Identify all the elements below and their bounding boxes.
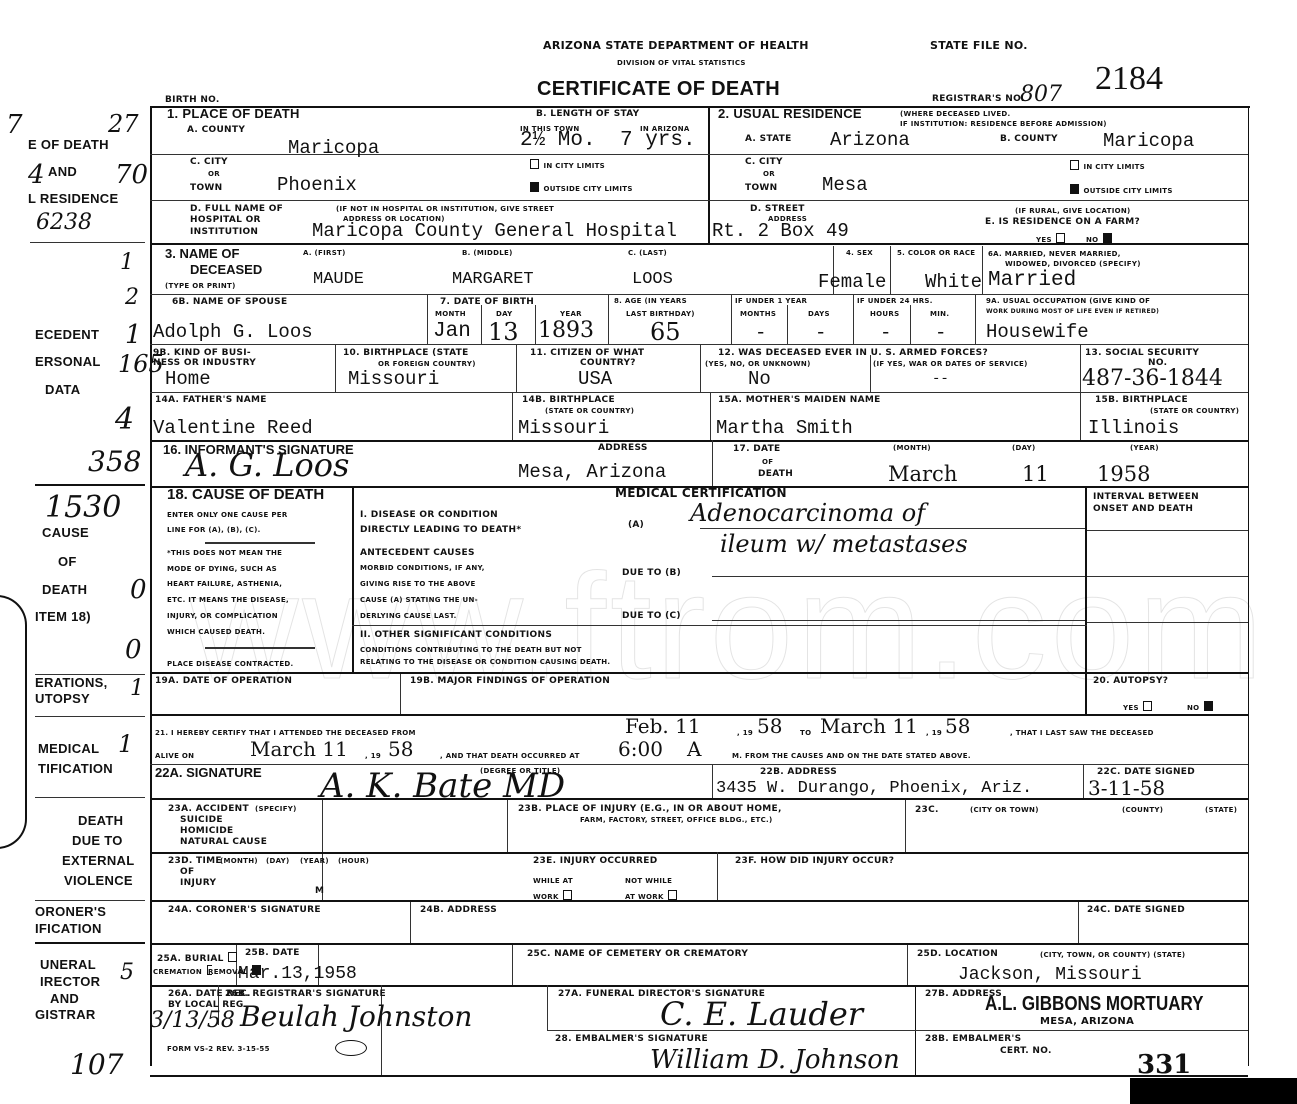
dob-label: 7. DATE OF BIRTH bbox=[440, 297, 534, 307]
hours-value: - bbox=[880, 323, 891, 343]
dod-label: DEATH bbox=[758, 469, 793, 479]
registrar-signature-label: 26B. REGISTRAR'S SIGNATURE bbox=[225, 989, 386, 999]
informant-address-value: Mesa, Arizona bbox=[518, 462, 666, 482]
margin-code: 1 bbox=[120, 250, 134, 275]
accident-label: SUICIDE bbox=[180, 815, 223, 825]
injury-time-label: INJURY bbox=[180, 878, 216, 888]
while-at-work-checkbox[interactable]: WORK bbox=[533, 886, 572, 904]
marital-label: WIDOWED, DIVORCED (SPECIFY) bbox=[1005, 260, 1141, 268]
margin-label: EXTERNAL bbox=[62, 856, 134, 866]
dod-month-label: (MONTH) bbox=[893, 444, 931, 452]
part2-sublabel: RELATING TO THE DISEASE OR CONDITION CAU… bbox=[360, 658, 610, 666]
checkbox-checked-icon bbox=[1070, 184, 1079, 194]
cause-title: 18. CAUSE OF DEATH bbox=[167, 488, 324, 502]
attended-to-year: 58 bbox=[945, 714, 970, 738]
margin-code: 358 bbox=[88, 445, 141, 478]
checkbox-icon bbox=[668, 890, 677, 900]
checkbox-label: WORK bbox=[533, 893, 559, 901]
checkbox-label: NO bbox=[1187, 704, 1199, 712]
margin-code: 107 bbox=[70, 1048, 123, 1081]
antecedent-label: GIVING RISE TO THE ABOVE bbox=[360, 580, 476, 588]
margin-label: DUE TO bbox=[72, 836, 123, 846]
armed-forces-label: 12. WAS DECEASED EVER IN U. S. ARMED FOR… bbox=[718, 348, 988, 358]
length-of-stay-label: B. LENGTH OF STAY bbox=[536, 109, 639, 119]
dob-year-label: YEAR bbox=[560, 310, 582, 318]
attended-from-year: 58 bbox=[757, 714, 782, 738]
physician-address-value: 3435 W. Durango, Phoenix, Ariz. bbox=[716, 779, 1032, 799]
cause-instruction: INJURY, OR COMPLICATION bbox=[167, 612, 278, 620]
cemetery-label: 25C. NAME OF CEMETERY OR CREMATORY bbox=[527, 949, 748, 959]
cert-text: , 19 bbox=[737, 729, 753, 737]
injury-place-label: FARM, FACTORY, STREET, OFFICE BLDG., ETC… bbox=[580, 816, 773, 824]
min-label: MIN. bbox=[930, 310, 949, 318]
attended-from-date: Feb. 11 bbox=[625, 714, 701, 738]
cause-a-label: (A) bbox=[628, 520, 644, 530]
margin-label: AND bbox=[50, 994, 79, 1004]
checkbox-label: OUTSIDE CITY LIMITS bbox=[543, 185, 632, 193]
injury-city-label: (CITY OR TOWN) bbox=[970, 806, 1039, 814]
mother-birthplace-label: 15B. BIRTHPLACE bbox=[1095, 395, 1188, 405]
cremation-checkbox[interactable]: CREMATION bbox=[153, 961, 212, 979]
margin-label: ERSONAL bbox=[35, 357, 101, 367]
checkbox-label: IN CITY LIMITS bbox=[543, 162, 605, 170]
state-file-no: 2184 bbox=[1095, 60, 1163, 98]
father-birthplace-label: (STATE OR COUNTRY) bbox=[545, 407, 634, 415]
name-label: DECEASED bbox=[190, 263, 262, 277]
residence-street-value: Rt. 2 Box 49 bbox=[712, 221, 849, 241]
cause-instruction: PLACE DISEASE CONTRACTED. bbox=[167, 660, 293, 668]
birthplace-label: OR FOREIGN COUNTRY) bbox=[378, 360, 476, 368]
medical-certification-label: MEDICAL CERTIFICATION bbox=[615, 488, 787, 498]
months-label: MONTHS bbox=[740, 310, 776, 318]
cause-instruction: LINE FOR (A), (B), (C). bbox=[167, 526, 261, 534]
rural-note: (IF RURAL, GIVE LOCATION) bbox=[1015, 207, 1131, 215]
middle-name-value: MARGARET bbox=[452, 270, 534, 290]
margin-label: OF bbox=[58, 557, 77, 567]
coroner-signature-label: 24A. CORONER'S SIGNATURE bbox=[168, 905, 321, 915]
dod-day-label: (DAY) bbox=[1012, 444, 1036, 452]
death-time: 6:00 bbox=[618, 737, 663, 761]
agency-name: ARIZONA STATE DEPARTMENT OF HEALTH bbox=[543, 41, 809, 51]
margin-label: DEATH bbox=[42, 585, 87, 595]
injury-hour-label: (HOUR) bbox=[338, 857, 369, 865]
checkbox-label: OUTSIDE CITY LIMITS bbox=[1083, 187, 1172, 195]
farm-label: E. IS RESIDENCE ON A FARM? bbox=[985, 217, 1140, 227]
sex-label: 4. SEX bbox=[846, 249, 873, 257]
margin-label: AND bbox=[48, 167, 77, 177]
county-label: A. COUNTY bbox=[187, 125, 245, 135]
checkbox-label: YES bbox=[1123, 704, 1139, 712]
margin-code: 1 bbox=[118, 730, 133, 758]
part1-label: DIRECTLY LEADING TO DEATH* bbox=[360, 525, 521, 535]
name-label: 3. NAME OF bbox=[165, 247, 239, 261]
location-label: 25D. LOCATION bbox=[917, 949, 998, 959]
place-of-death-label: 1. PLACE OF DEATH bbox=[167, 109, 300, 119]
res-in-city-limits-checkbox[interactable]: IN CITY LIMITS bbox=[1070, 156, 1145, 174]
state-file-no-label: STATE FILE NO. bbox=[930, 41, 1028, 51]
age-label: 8. AGE (IN YEARS bbox=[614, 297, 687, 305]
cert-text: TO bbox=[800, 729, 811, 737]
checkbox-checked-icon bbox=[1103, 233, 1112, 243]
margin-label: UNERAL bbox=[40, 960, 96, 970]
operation-findings-label: 19B. MAJOR FINDINGS OF OPERATION bbox=[410, 676, 610, 686]
margin-code: 0 bbox=[125, 635, 142, 665]
antecedent-label: CAUSE (A) STATING THE UN- bbox=[360, 596, 478, 604]
part1-label: I. DISEASE OR CONDITION bbox=[360, 510, 498, 520]
city-label: C. CITY bbox=[190, 157, 228, 167]
embalmer-cert-label: CERT. NO. bbox=[1000, 1046, 1052, 1056]
armed-forces-value: No bbox=[748, 369, 771, 389]
dod-label: 17. DATE bbox=[733, 444, 781, 454]
last-seen-date: March 11 bbox=[250, 737, 348, 761]
attended-to-date: March 11 bbox=[820, 714, 918, 738]
dob-year-value: 1893 bbox=[538, 318, 594, 343]
date-received-value: 3/13/58 bbox=[150, 1008, 235, 1033]
race-value: White bbox=[925, 272, 982, 292]
days-label: DAYS bbox=[808, 310, 830, 318]
registrar-no: 807 bbox=[1020, 82, 1062, 107]
res-outside-city-limits-checkbox[interactable]: OUTSIDE CITY LIMITS bbox=[1070, 180, 1173, 198]
antecedent-label: DERLYING CAUSE LAST. bbox=[360, 612, 457, 620]
margin-label: ERATIONS, bbox=[35, 678, 108, 688]
county-label: B. COUNTY bbox=[1000, 134, 1058, 144]
margin-code: 1 bbox=[130, 676, 144, 701]
embalmer-cert-value: 331 bbox=[1137, 1050, 1191, 1080]
father-value: Valentine Reed bbox=[153, 418, 313, 438]
antecedent-label: MORBID CONDITIONS, IF ANY, bbox=[360, 564, 485, 572]
checkbox-checked-icon bbox=[1204, 701, 1213, 711]
spouse-value: Adolph G. Loos bbox=[153, 322, 313, 342]
margin-label: UTOPSY bbox=[35, 694, 90, 704]
occupation-label: WORK DURING MOST OF LIFE EVEN IF RETIRED… bbox=[986, 308, 1159, 316]
injury-time-label: OF bbox=[180, 867, 194, 877]
hospital-label: HOSPITAL OR bbox=[190, 215, 261, 225]
physician-address-label: 22B. ADDRESS bbox=[760, 767, 837, 777]
armed-forces-sublabel: (IF YES, WAR OR DATES OF SERVICE) bbox=[873, 360, 1028, 368]
margin-code: 1 bbox=[125, 320, 142, 350]
mother-birthplace-value: Illinois bbox=[1088, 418, 1179, 438]
margin-code: 1530 bbox=[45, 490, 121, 525]
checkbox-label: AT WORK bbox=[625, 893, 664, 901]
father-birthplace-label: 14B. BIRTHPLACE bbox=[522, 395, 615, 405]
margin-code: 6238 bbox=[36, 210, 92, 235]
death-county-value: Maricopa bbox=[288, 138, 379, 158]
days-value: - bbox=[815, 323, 826, 343]
union-bug-icon bbox=[335, 1040, 367, 1056]
armed-dates-value: -- bbox=[932, 369, 949, 389]
min-value: - bbox=[935, 323, 946, 343]
hospital-label: D. FULL NAME OF bbox=[190, 204, 283, 214]
how-injury-label: 23F. HOW DID INJURY OCCUR? bbox=[735, 856, 894, 866]
dod-day-value: 11 bbox=[1022, 462, 1049, 486]
ssn-label: 13. SOCIAL SECURITY bbox=[1085, 348, 1199, 358]
cert-text: , 19 bbox=[926, 729, 942, 737]
name-label: (TYPE OR PRINT) bbox=[165, 282, 236, 290]
cause-instruction: ETC. IT MEANS THE DISEASE, bbox=[167, 596, 289, 604]
director-address-value: A.L. GIBBONS MORTUARY bbox=[985, 993, 1203, 1016]
specify-label: (SPECIFY) bbox=[255, 805, 297, 813]
cause-a-value: Adenocarcinoma of bbox=[690, 499, 925, 527]
first-name-label: A. (FIRST) bbox=[303, 249, 346, 257]
margin-label: E OF DEATH bbox=[28, 140, 109, 150]
mother-birthplace-label: (STATE OR COUNTRY) bbox=[1150, 407, 1239, 415]
cert-text: , 19 bbox=[365, 752, 381, 760]
cause-a-value: ileum w/ metastases bbox=[720, 530, 968, 558]
burial-date-label: 25B. DATE bbox=[245, 948, 300, 958]
accident-label: NATURAL CAUSE bbox=[180, 837, 267, 847]
margin-label: MEDICAL bbox=[38, 744, 99, 754]
last-name-label: C. (LAST) bbox=[628, 249, 667, 257]
coroner-date-label: 24C. DATE SIGNED bbox=[1087, 905, 1185, 915]
cert-text: ALIVE ON bbox=[155, 752, 194, 760]
farm-no-checkbox[interactable]: NO bbox=[1086, 229, 1112, 247]
margin-code: 2 bbox=[125, 285, 139, 310]
margin-label: TIFICATION bbox=[38, 764, 113, 774]
under-year-label: IF UNDER 1 YEAR bbox=[735, 297, 807, 305]
accident-label: HOMICIDE bbox=[180, 826, 233, 836]
last-seen-year: 58 bbox=[388, 737, 413, 761]
checkbox-label: NO bbox=[1086, 236, 1098, 244]
director-signature: C. E. Lauder bbox=[660, 995, 863, 1033]
accident-label: 23A. ACCIDENT bbox=[168, 804, 249, 814]
margin-label: IRECTOR bbox=[40, 977, 100, 987]
registrar-no-label: REGISTRAR'S NO. bbox=[932, 94, 1025, 104]
checkbox-label: CREMATION bbox=[153, 968, 202, 976]
margin-label: CAUSE bbox=[42, 528, 89, 538]
mother-value: Martha Smith bbox=[716, 418, 853, 438]
margin-code: 5 bbox=[120, 960, 134, 985]
dob-day-label: DAY bbox=[496, 310, 513, 318]
father-birthplace-value: Missouri bbox=[518, 418, 609, 438]
citizen-label: 11. CITIZEN OF WHAT bbox=[530, 348, 644, 358]
marital-value: Married bbox=[988, 271, 1076, 291]
dob-day-value: 13 bbox=[488, 318, 519, 346]
hospital-note: (IF NOT IN HOSPITAL OR INSTITUTION, GIVE… bbox=[336, 205, 554, 213]
occupation-label: 9A. USUAL OCCUPATION (GIVE KIND OF bbox=[986, 297, 1150, 305]
death-city-value: Phoenix bbox=[277, 175, 357, 195]
city-label: OR bbox=[763, 170, 775, 178]
injury-day-label: (DAY) bbox=[266, 857, 290, 865]
months-value: - bbox=[755, 323, 766, 343]
burial-date-value: Mar.13,1958 bbox=[238, 964, 357, 984]
hours-label: HOURS bbox=[870, 310, 899, 318]
checkbox-label: YES bbox=[1036, 236, 1052, 244]
hospital-value: Maricopa County General Hospital bbox=[312, 221, 677, 241]
not-while-at-work-label: NOT WHILE bbox=[625, 877, 672, 885]
mother-label: 15A. MOTHER'S MAIDEN NAME bbox=[718, 395, 881, 405]
margin-label: IFICATION bbox=[35, 924, 102, 934]
residence-city-value: Mesa bbox=[822, 175, 868, 195]
residence-note: (WHERE DECEASED LIVED. bbox=[900, 110, 1011, 118]
dob-month-value: Jan bbox=[433, 322, 471, 342]
checkbox-checked-icon bbox=[530, 182, 539, 192]
city-label: TOWN bbox=[190, 183, 222, 193]
injury-time-label: 23D. TIME bbox=[168, 856, 222, 866]
street-label: D. STREET bbox=[750, 204, 805, 214]
business-value: Home bbox=[165, 369, 211, 389]
cause-instruction: HEART FAILURE, ASTHENIA, bbox=[167, 580, 282, 588]
cert-text: , THAT I LAST SAW THE DECEASED bbox=[1010, 729, 1154, 737]
stay-arizona-value: 7 yrs. bbox=[620, 131, 696, 151]
checkbox-icon bbox=[530, 159, 539, 169]
age-label: LAST BIRTHDAY) bbox=[626, 310, 695, 318]
injury-m-label: M bbox=[315, 886, 324, 896]
checkbox-icon bbox=[1056, 233, 1065, 243]
father-label: 14A. FATHER'S NAME bbox=[155, 395, 267, 405]
division-name: DIVISION OF VITAL STATISTICS bbox=[617, 59, 746, 67]
hospital-label: INSTITUTION bbox=[190, 227, 258, 237]
race-label: 5. COLOR OR RACE bbox=[897, 249, 975, 257]
occupation-value: Housewife bbox=[986, 322, 1089, 342]
date-signed-value: 3-11-58 bbox=[1088, 776, 1165, 800]
document-title: CERTIFICATE OF DEATH bbox=[537, 78, 780, 100]
embalmer-signature-label: 28. EMBALMER'S SIGNATURE bbox=[555, 1034, 708, 1044]
margin-code: 27 bbox=[108, 110, 139, 138]
usual-residence-label: 2. USUAL RESIDENCE bbox=[718, 109, 862, 119]
death-in-city-limits-checkbox[interactable]: IN CITY LIMITS bbox=[530, 155, 605, 173]
informant-signature: A. G. Loos bbox=[185, 446, 349, 484]
cause-instruction: *THIS DOES NOT MEAN THE bbox=[167, 549, 282, 557]
margin-label: ECEDENT bbox=[35, 330, 99, 340]
dob-month-label: MONTH bbox=[435, 310, 466, 318]
coroner-address-label: 24B. ADDRESS bbox=[420, 905, 497, 915]
first-name-value: MAUDE bbox=[313, 270, 364, 290]
ssn-value: 487-36-1844 bbox=[1082, 366, 1223, 391]
dod-month-value: March bbox=[888, 462, 957, 486]
city-label: C. CITY bbox=[745, 157, 783, 167]
citizen-value: USA bbox=[578, 369, 612, 389]
form-number: FORM VS-2 REV. 3-15-55 bbox=[167, 1044, 270, 1054]
dod-year-label: (YEAR) bbox=[1130, 444, 1159, 452]
margin-label: ORONER'S bbox=[35, 907, 106, 917]
birth-no-label: BIRTH NO. bbox=[165, 95, 220, 105]
margin-label: DEATH bbox=[78, 816, 123, 826]
sex-value: Female bbox=[818, 272, 886, 292]
stay-town-value: 2½ Mo. bbox=[520, 131, 596, 151]
cert-text: M. FROM THE CAUSES AND ON THE DATE STATE… bbox=[732, 752, 971, 760]
interval-label: INTERVAL BETWEEN bbox=[1093, 492, 1199, 502]
margin-code: 4 bbox=[28, 160, 45, 190]
injury-state-label: (STATE) bbox=[1205, 806, 1237, 814]
farm-yes-checkbox[interactable]: YES bbox=[1036, 229, 1065, 247]
cause-instruction: ENTER ONLY ONE CAUSE PER bbox=[167, 511, 288, 519]
autopsy-no-checkbox[interactable]: NO bbox=[1187, 697, 1213, 715]
embalmer-cert-label: 28B. EMBALMER'S bbox=[925, 1034, 1021, 1044]
cert-text: , AND THAT DEATH OCCURRED AT bbox=[440, 752, 580, 760]
city-label: OR bbox=[208, 170, 220, 178]
checkbox-icon bbox=[1143, 701, 1152, 711]
physician-signature: A. K. Bate MD bbox=[320, 766, 565, 806]
margin-label: VIOLENCE bbox=[64, 876, 133, 886]
autopsy-label: 20. AUTOPSY? bbox=[1093, 676, 1168, 686]
age-value: 65 bbox=[650, 318, 681, 346]
injury-month-label: (MONTH) bbox=[220, 857, 258, 865]
not-while-at-work-checkbox[interactable]: AT WORK bbox=[625, 886, 677, 904]
dod-label: OF bbox=[762, 458, 773, 466]
last-name-value: LOOS bbox=[632, 270, 673, 290]
operation-date-label: 19A. DATE OF OPERATION bbox=[155, 676, 292, 686]
cert-text: 21. I HEREBY CERTIFY THAT I ATTENDED THE… bbox=[155, 729, 416, 737]
marital-label: 6A. MARRIED, NEVER MARRIED, bbox=[988, 250, 1121, 258]
margin-code: 7 bbox=[6, 110, 23, 140]
embalmer-signature: William D. Johnson bbox=[650, 1045, 900, 1075]
under-24-label: IF UNDER 24 HRS. bbox=[857, 297, 933, 305]
checkbox-label: IN CITY LIMITS bbox=[1083, 163, 1145, 171]
margin-code: 70 bbox=[115, 160, 148, 190]
citizen-label: COUNTRY? bbox=[580, 358, 636, 368]
residence-county-value: Maricopa bbox=[1103, 131, 1194, 151]
cause-b-label: DUE TO (B) bbox=[622, 568, 681, 578]
physician-signature-label: 22A. SIGNATURE bbox=[155, 766, 262, 780]
autopsy-yes-checkbox[interactable]: YES bbox=[1123, 697, 1152, 715]
business-label: NESS OR INDUSTRY bbox=[153, 358, 256, 368]
margin-label: L RESIDENCE bbox=[28, 194, 118, 204]
injury-city-label: 23C. bbox=[915, 805, 939, 815]
while-at-work-label: WHILE AT bbox=[533, 877, 573, 885]
location-sublabel: (CITY, TOWN, OR COUNTY) (STATE) bbox=[1040, 951, 1185, 959]
location-value: Jackson, Missouri bbox=[958, 965, 1142, 985]
antecedent-label: ANTECEDENT CAUSES bbox=[360, 548, 475, 558]
margin-label: GISTRAR bbox=[35, 1010, 96, 1020]
death-outside-city-limits-checkbox[interactable]: OUTSIDE CITY LIMITS bbox=[530, 178, 633, 196]
checkbox-icon bbox=[563, 890, 572, 900]
margin-label: DATA bbox=[45, 385, 80, 395]
dod-year-value: 1958 bbox=[1097, 462, 1150, 486]
informant-address-label: ADDRESS bbox=[598, 443, 648, 453]
margin-code: 4 bbox=[115, 402, 134, 437]
interval-label: ONSET AND DEATH bbox=[1093, 504, 1193, 514]
death-time-ampm: A bbox=[687, 737, 701, 761]
injury-county-label: (COUNTY) bbox=[1122, 806, 1163, 814]
residence-note: IF INSTITUTION: RESIDENCE BEFORE ADMISSI… bbox=[900, 120, 1107, 128]
city-label: TOWN bbox=[745, 183, 777, 193]
residence-state-value: Arizona bbox=[830, 130, 910, 150]
part2-label: II. OTHER SIGNIFICANT CONDITIONS bbox=[360, 630, 552, 640]
injury-place-label: 23B. PLACE OF INJURY (E.G., IN OR ABOUT … bbox=[518, 804, 782, 814]
state-label: A. STATE bbox=[745, 134, 792, 144]
business-label: 9B. KIND OF BUSI- bbox=[153, 348, 251, 358]
margin-code: 0 bbox=[130, 575, 147, 605]
birthplace-value: Missouri bbox=[348, 369, 439, 389]
registrar-signature: Beulah Johnston bbox=[240, 1000, 472, 1033]
middle-name-label: B. (MIDDLE) bbox=[462, 249, 513, 257]
cause-instruction: WHICH CAUSED DEATH. bbox=[167, 628, 265, 636]
checkbox-icon bbox=[1070, 160, 1079, 170]
birthplace-label: 10. BIRTHPLACE (STATE bbox=[343, 348, 469, 358]
part2-sublabel: CONDITIONS CONTRIBUTING TO THE DEATH BUT… bbox=[360, 646, 582, 654]
cause-instruction: MODE OF DYING, SUCH AS bbox=[167, 565, 277, 573]
spouse-label: 6B. NAME OF SPOUSE bbox=[172, 297, 287, 307]
injury-occurred-label: 23E. INJURY OCCURRED bbox=[533, 856, 658, 866]
injury-year-label: (YEAR) bbox=[300, 857, 329, 865]
margin-label: ITEM 18) bbox=[35, 612, 91, 622]
director-address-value: MESA, ARIZONA bbox=[1040, 1017, 1134, 1027]
cause-c-label: DUE TO (C) bbox=[622, 611, 681, 621]
armed-forces-sublabel: (YES, NO, OR UNKNOWN) bbox=[705, 360, 811, 368]
